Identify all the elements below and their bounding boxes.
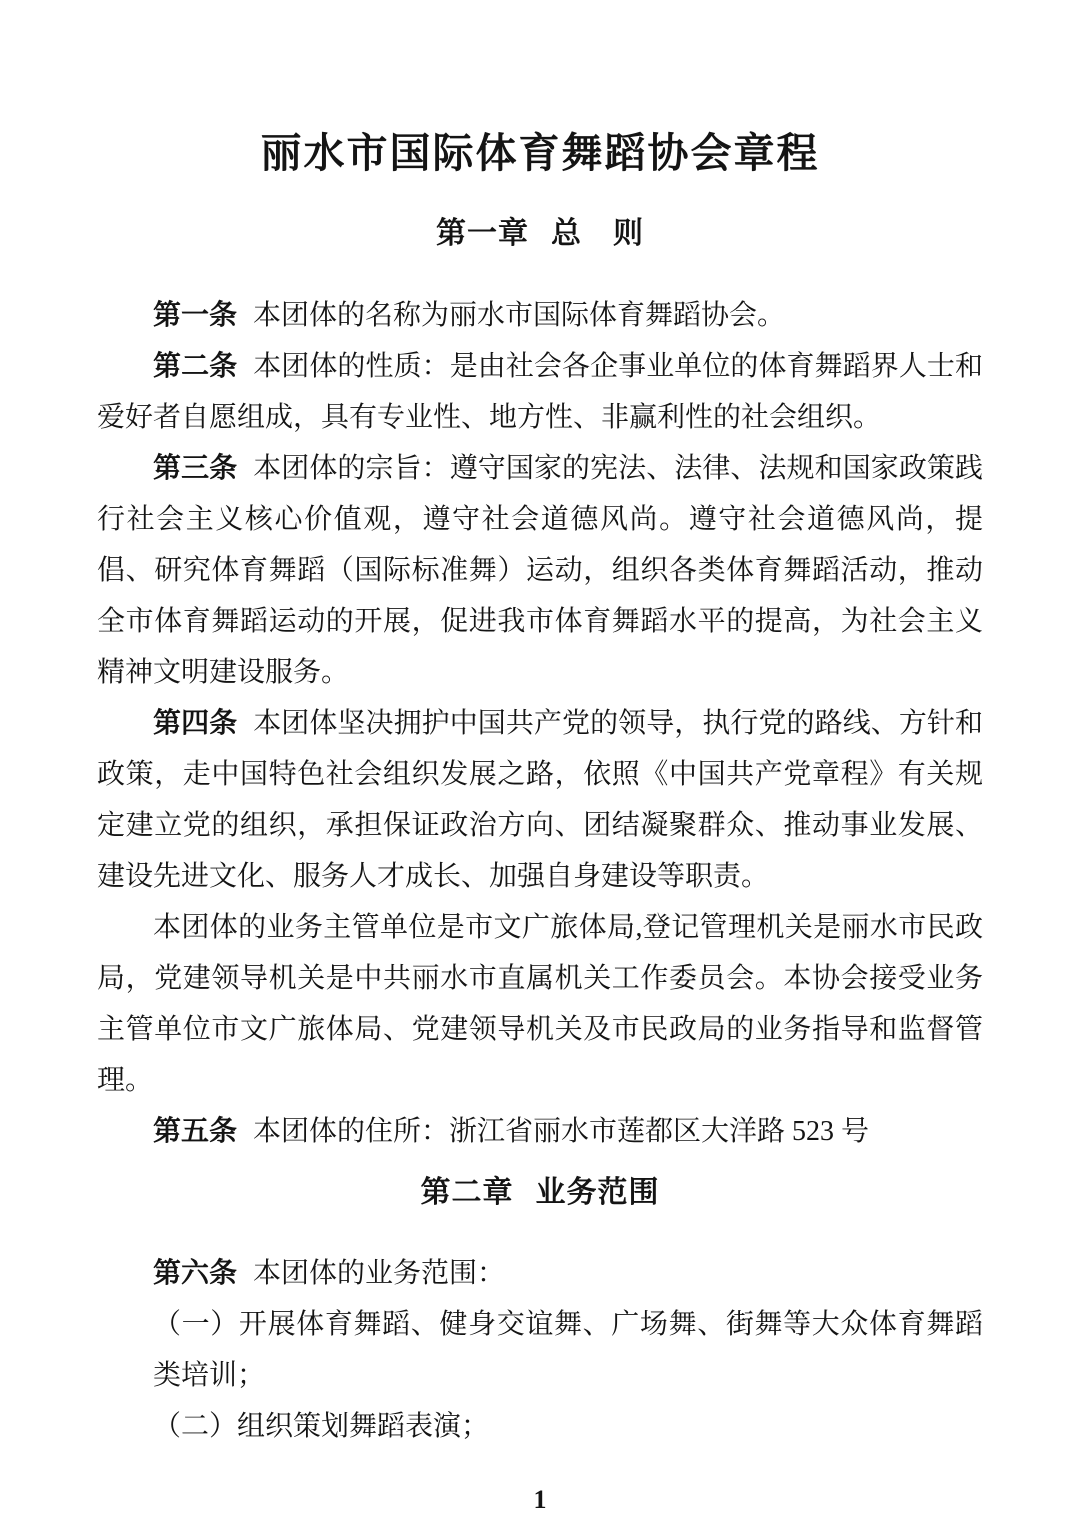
document-page: 丽水市国际体育舞蹈协会章程 第一章总 则 第一条本团体的名称为丽水市国际体育舞蹈… bbox=[0, 0, 1080, 1527]
chapter-2-title: 业务范围 bbox=[536, 1176, 660, 1209]
article-text: 本团体的住所：浙江省丽水市莲都区大洋路 523 号 bbox=[253, 1116, 869, 1147]
article-paragraph: 第四条本团体坚决拥护中国共产党的领导，执行党的路线、方针和政策，走中国特色社会组… bbox=[97, 698, 983, 902]
article-label: 第三条 bbox=[153, 453, 253, 484]
list-item: （一）开展体育舞蹈、健身交谊舞、广场舞、街舞等大众体育舞蹈类培训； bbox=[153, 1299, 983, 1401]
article-text: 本团体的业务范围： bbox=[253, 1258, 505, 1289]
article-label: 第六条 bbox=[153, 1258, 253, 1289]
document-title: 丽水市国际体育舞蹈协会章程 bbox=[97, 133, 983, 174]
chapter-2-number: 第二章 bbox=[421, 1176, 514, 1209]
article-label: 第五条 bbox=[153, 1116, 253, 1147]
article-paragraph: 第六条本团体的业务范围： bbox=[97, 1248, 983, 1299]
page-number: 1 bbox=[97, 1486, 983, 1513]
article-label: 第一条 bbox=[153, 300, 253, 331]
article-paragraph: 第三条本团体的宗旨：遵守国家的宪法、法律、法规和国家政策践行社会主义核心价值观，… bbox=[97, 443, 983, 698]
chapter-1-number: 第一章 bbox=[436, 217, 529, 250]
article-text: 本团体的业务主管单位是市文广旅体局,登记管理机关是丽水市民政局，党建领导机关是中… bbox=[97, 912, 983, 1096]
article-text: 本团体的名称为丽水市国际体育舞蹈协会。 bbox=[253, 300, 785, 331]
article-paragraph: 本团体的业务主管单位是市文广旅体局,登记管理机关是丽水市民政局，党建领导机关是中… bbox=[97, 902, 983, 1106]
article-text: 本团体的宗旨：遵守国家的宪法、法律、法规和国家政策践行社会主义核心价值观，遵守社… bbox=[97, 453, 983, 688]
article-paragraph: 第二条本团体的性质：是由社会各企事业单位的体育舞蹈界人士和爱好者自愿组成，具有专… bbox=[97, 341, 983, 443]
article-paragraph: 第一条本团体的名称为丽水市国际体育舞蹈协会。 bbox=[97, 290, 983, 341]
chapter-1-title: 总 则 bbox=[551, 217, 644, 250]
article-label: 第四条 bbox=[153, 708, 253, 739]
article-label: 第二条 bbox=[153, 351, 253, 382]
chapter-2-heading: 第二章业务范围 bbox=[97, 1177, 983, 1208]
list-item: （二）组织策划舞蹈表演； bbox=[153, 1401, 983, 1452]
chapter-1-heading: 第一章总 则 bbox=[97, 218, 983, 249]
article-paragraph: 第五条本团体的住所：浙江省丽水市莲都区大洋路 523 号 bbox=[97, 1106, 983, 1157]
